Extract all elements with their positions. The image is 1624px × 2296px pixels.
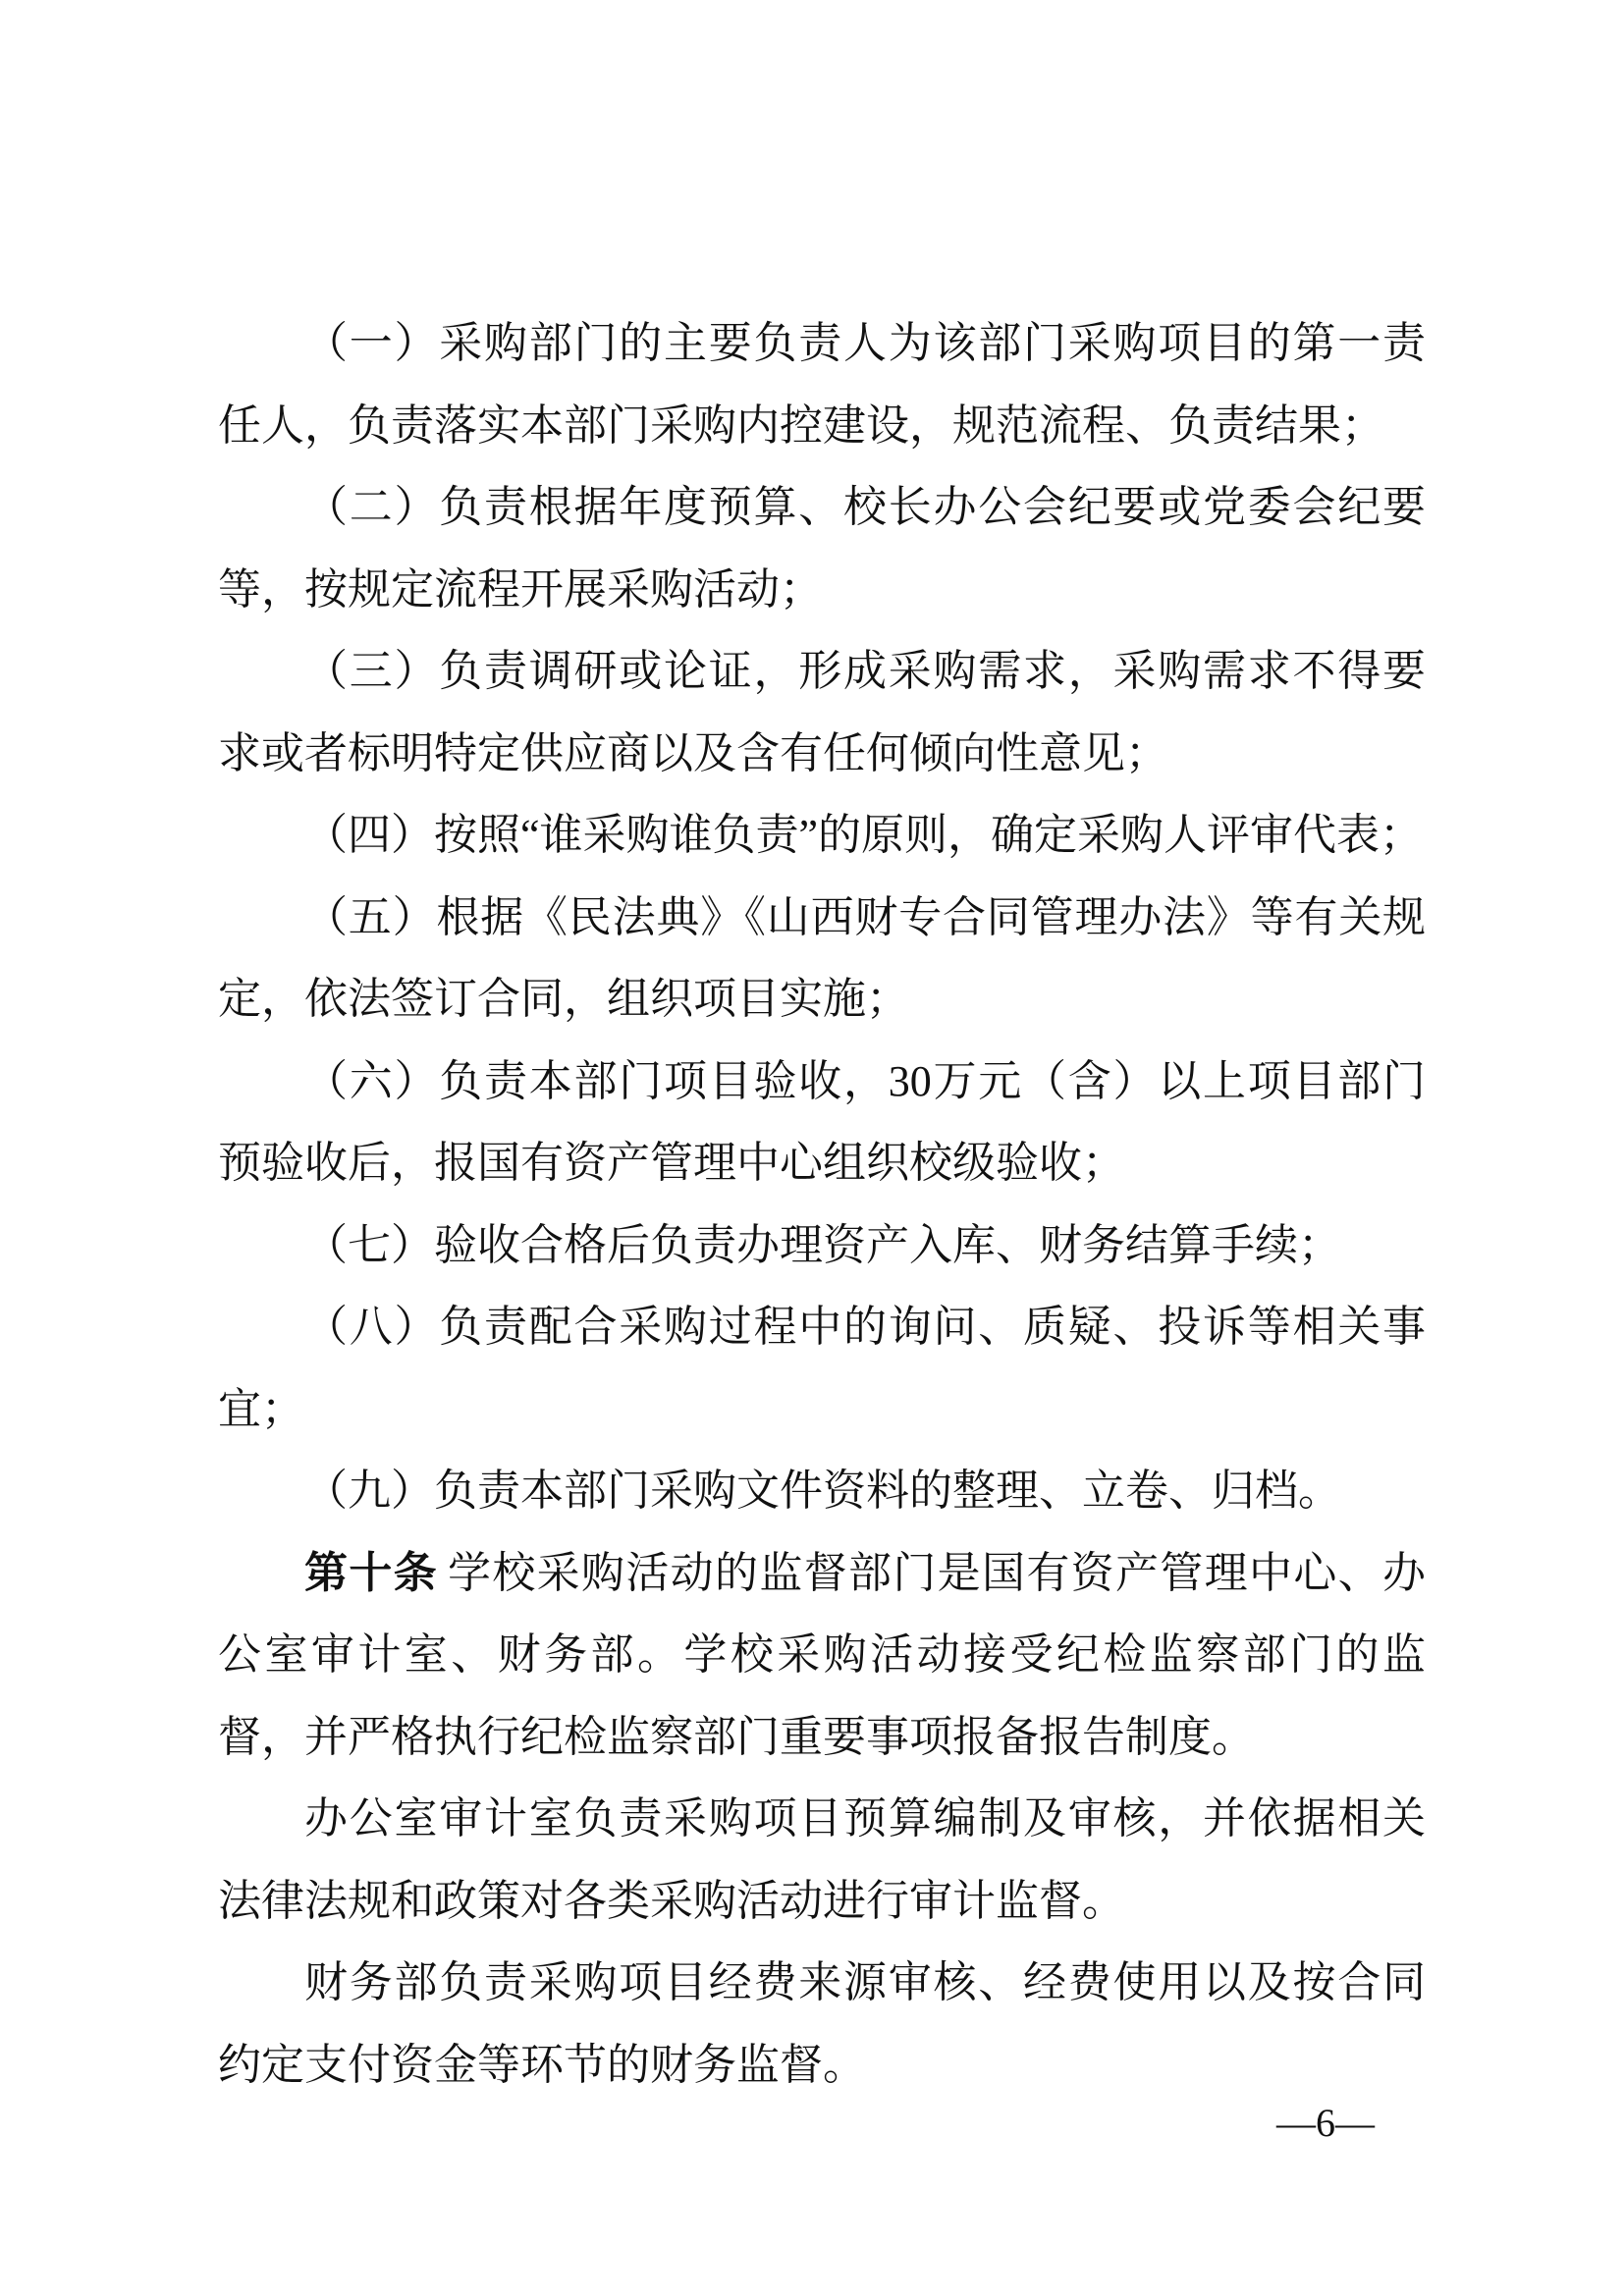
duty-item-4: （四）按照“谁采购谁负责”的原则，确定采购人评审代表； [218,794,1426,877]
finance-department-paragraph: 财务部负责采购项目经费来源审核、经费使用以及按合同约定支付资金等环节的财务监督。 [218,1942,1426,2106]
article-ten-label: 第十条 [304,1548,438,1598]
duty-item-7: （七）验收合格后负责办理资产入库、财务结算手续； [218,1204,1426,1287]
article-ten-paragraph: 第十条学校采购活动的监督部门是国有资产管理中心、办公室审计室、财务部。学校采购活… [218,1532,1426,1779]
duty-item-9: （九）负责本部门采购文件资料的整理、立卷、归档。 [218,1450,1426,1532]
duty-item-3: （三）负责调研或论证，形成采购需求，采购需求不得要求或者标明特定供应商以及含有任… [218,630,1426,794]
duty-item-6: （六）负责本部门项目验收，30万元（含）以上项目部门预验收后，报国有资产管理中心… [218,1041,1426,1204]
duty-item-2: （二）负责根据年度预算、校长办公会纪要或党委会纪要等，按规定流程开展采购活动； [218,466,1426,630]
audit-office-paragraph: 办公室审计室负责采购项目预算编制及审核，并依据相关法律法规和政策对各类采购活动进… [218,1778,1426,1942]
duty-item-5: （五）根据《民法典》《山西财专合同管理办法》等有关规定，依法签订合同，组织项目实… [218,877,1426,1041]
document-body: （一）采购部门的主要负责人为该部门采购项目的第一责任人，负责落实本部门采购内控建… [218,302,1426,2106]
page-number: —6— [1267,2099,1384,2148]
duty-item-1: （一）采购部门的主要负责人为该部门采购项目的第一责任人，负责落实本部门采购内控建… [218,302,1426,466]
duty-item-8: （八）负责配合采购过程中的询问、质疑、投诉等相关事宜； [218,1286,1426,1450]
